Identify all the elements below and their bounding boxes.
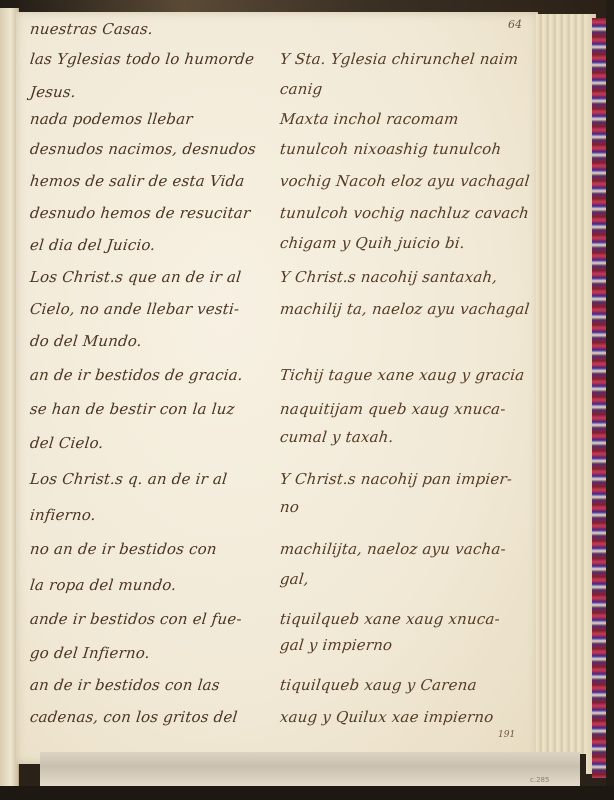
spanish-line: nada podemos llebar (29, 110, 194, 128)
bottom-note: 191 (498, 730, 515, 740)
spanish-line: Los Christ.s q. an de ir al (29, 470, 228, 488)
kiche-line: machilij ta, naeloz ayu vachagal (279, 300, 530, 318)
manuscript-scan: 64 191 c.285 nuestras Casas.las Yglesias… (0, 0, 614, 800)
kiche-line: Y Christ.s nacohij pan impier- (279, 470, 513, 488)
kiche-line: vochig Nacoh eloz ayu vachagal (279, 172, 531, 190)
kiche-line: Y Sta. Yglesia chirunchel naim (279, 50, 519, 68)
spanish-line: infierno. (29, 506, 97, 524)
kiche-line: canig (279, 80, 323, 98)
spanish-line: nuestras Casas. (29, 20, 154, 38)
kiche-line: chigam y Quih juicio bi. (279, 234, 466, 252)
spanish-line: an de ir bestidos de gracia. (29, 366, 244, 384)
marbled-fore-edge (592, 18, 606, 778)
spanish-line: la ropa del mundo. (29, 576, 177, 594)
spanish-line: desnudo hemos de resucitar (29, 204, 251, 222)
spanish-line: Cielo, no ande llebar vesti- (29, 300, 240, 318)
kiche-line: no (279, 498, 300, 516)
spanish-line: cadenas, con los gritos del (29, 708, 238, 726)
kiche-line: Y Christ.s nacohij santaxah, (279, 268, 498, 286)
kiche-line: machilijta, naeloz ayu vacha- (279, 540, 507, 558)
spanish-line: ande ir bestidos con el fue- (29, 610, 243, 628)
spanish-line: hemos de salir de esta Vida (29, 172, 245, 190)
kiche-line: tiquilqueb xane xaug xnuca- (279, 610, 501, 628)
page-stack-edges (536, 14, 588, 754)
book-cover-right (606, 0, 614, 800)
spanish-line: an de ir bestidos con las (29, 676, 221, 694)
kiche-line: tiquilqueb xaug y Carena (279, 676, 478, 694)
spanish-line: del Cielo. (29, 434, 104, 452)
kiche-line: naquitijam queb xaug xnuca- (279, 400, 507, 418)
book-cover-bottom (0, 786, 614, 800)
kiche-line: Maxta inchol racomam (279, 110, 459, 128)
spanish-line: Los Christ.s que an de ir al (29, 268, 242, 286)
kiche-line: gal, (279, 570, 310, 588)
interleaf-paper (40, 752, 580, 788)
spanish-line: go del Infierno. (29, 644, 151, 662)
kiche-line: xaug y Quilux xae impierno (279, 708, 494, 726)
kiche-line: cumal y taxah. (279, 428, 395, 446)
kiche-line: gal y impierno (279, 636, 393, 654)
folio-number: 64 (508, 18, 522, 31)
spanish-line: las Yglesias todo lo humorde (29, 50, 255, 68)
spanish-line: desnudos nacimos, desnudos (29, 140, 257, 158)
kiche-line: Tichij tague xane xaug y gracia (279, 366, 525, 384)
kiche-line: tunulcoh nixoashig tunulcoh (279, 140, 502, 158)
spanish-line: el dia del Juicio. (29, 236, 156, 254)
archive-stamp: c.285 (530, 776, 549, 784)
spanish-line: do del Mundo. (29, 332, 143, 350)
spanish-line: no an de ir bestidos con (29, 540, 218, 558)
spanish-line: se han de bestir con la luz (29, 400, 236, 418)
kiche-line: tunulcoh vochig nachluz cavach (279, 204, 530, 222)
spanish-line: Jesus. (29, 83, 77, 101)
